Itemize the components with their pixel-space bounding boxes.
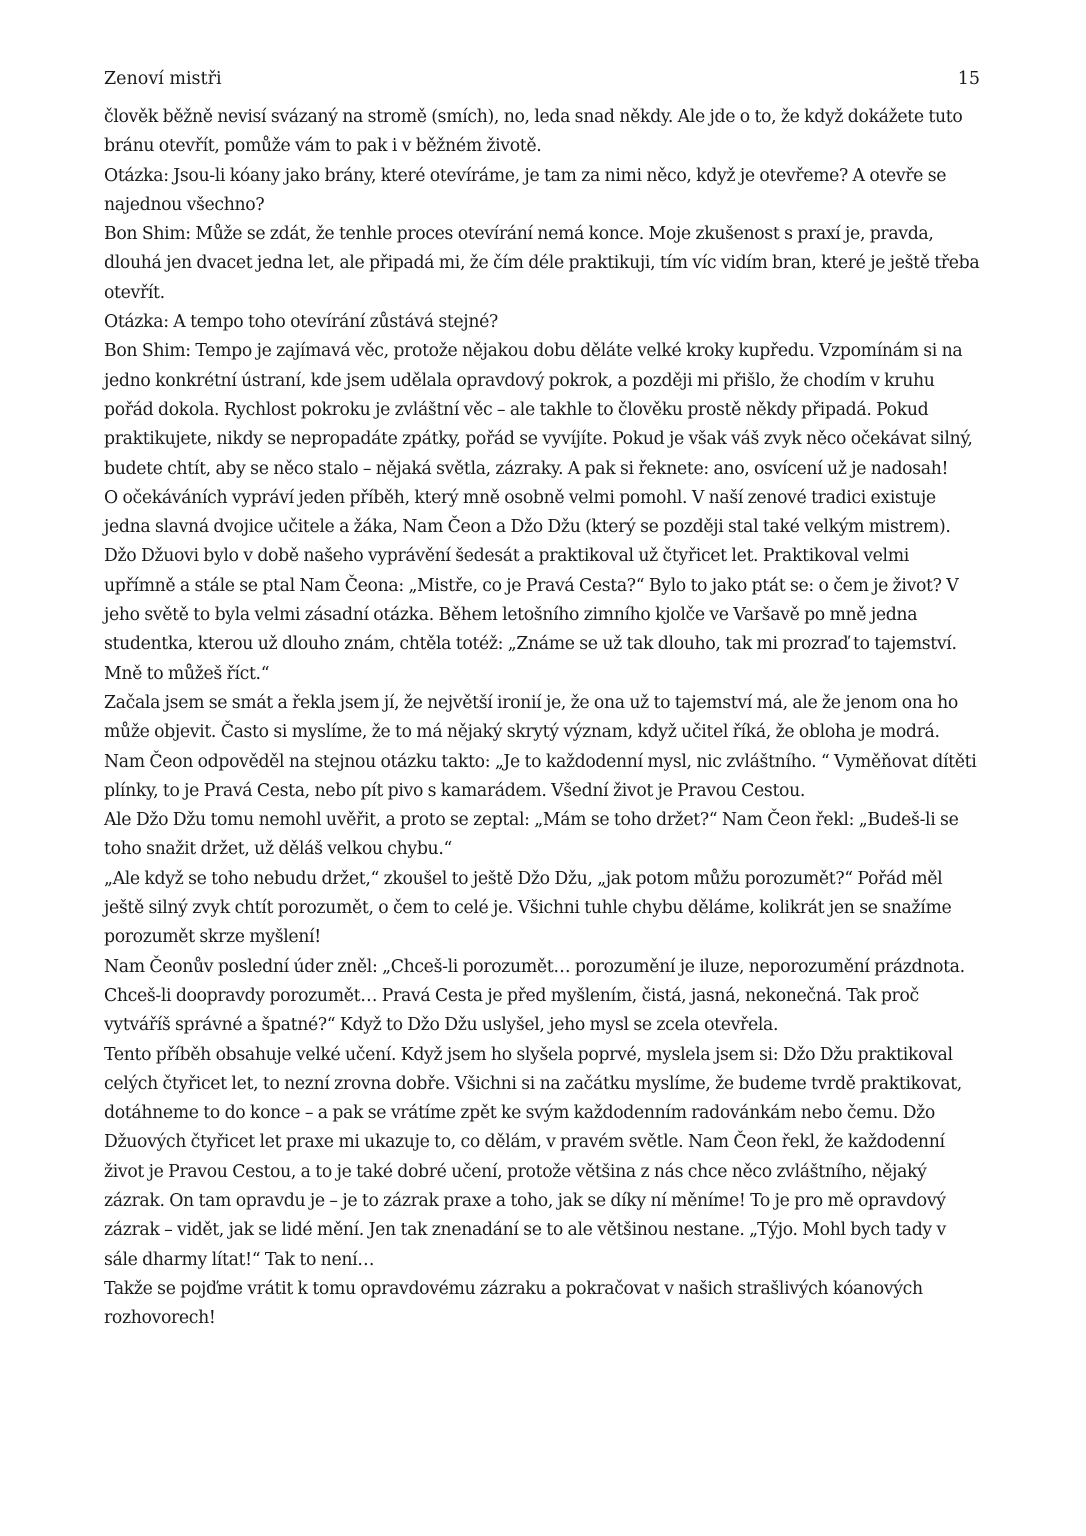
header-title: Zenoví mistři xyxy=(104,66,222,92)
paragraph: Nam Čeonův poslední úder zněl: „Chceš-li… xyxy=(104,953,984,1041)
running-header: Zenoví mistři 15 xyxy=(104,66,980,92)
paragraph: Otázka: Jsou-li kóany jako brány, které … xyxy=(104,162,984,221)
paragraph: Začala jsem se smát a řekla jsem jí, že … xyxy=(104,689,984,806)
paragraph: Otázka: A tempo toho otevírání zůstává s… xyxy=(104,308,984,337)
paragraph: Ale Džo Džu tomu nemohl uvěřit, a proto … xyxy=(104,806,984,865)
paragraph: Tento příběh obsahuje velké učení. Když … xyxy=(104,1041,984,1275)
paragraph: Bon Shim: Tempo je zajímavá věc, protože… xyxy=(104,337,984,483)
page-number: 15 xyxy=(958,66,980,92)
paragraph: člověk běžně nevisí svázaný na stromě (s… xyxy=(104,103,984,162)
body-text: člověk běžně nevisí svázaný na stromě (s… xyxy=(104,103,984,1333)
paragraph: O očekáváních vypráví jeden příběh, kter… xyxy=(104,484,984,689)
paragraph: Bon Shim: Může se zdát, že tenhle proces… xyxy=(104,220,984,308)
paragraph: Takže se pojďme vrátit k tomu opravdovém… xyxy=(104,1275,984,1334)
paragraph: „Ale když se toho nebudu držet,“ zkoušel… xyxy=(104,865,984,953)
